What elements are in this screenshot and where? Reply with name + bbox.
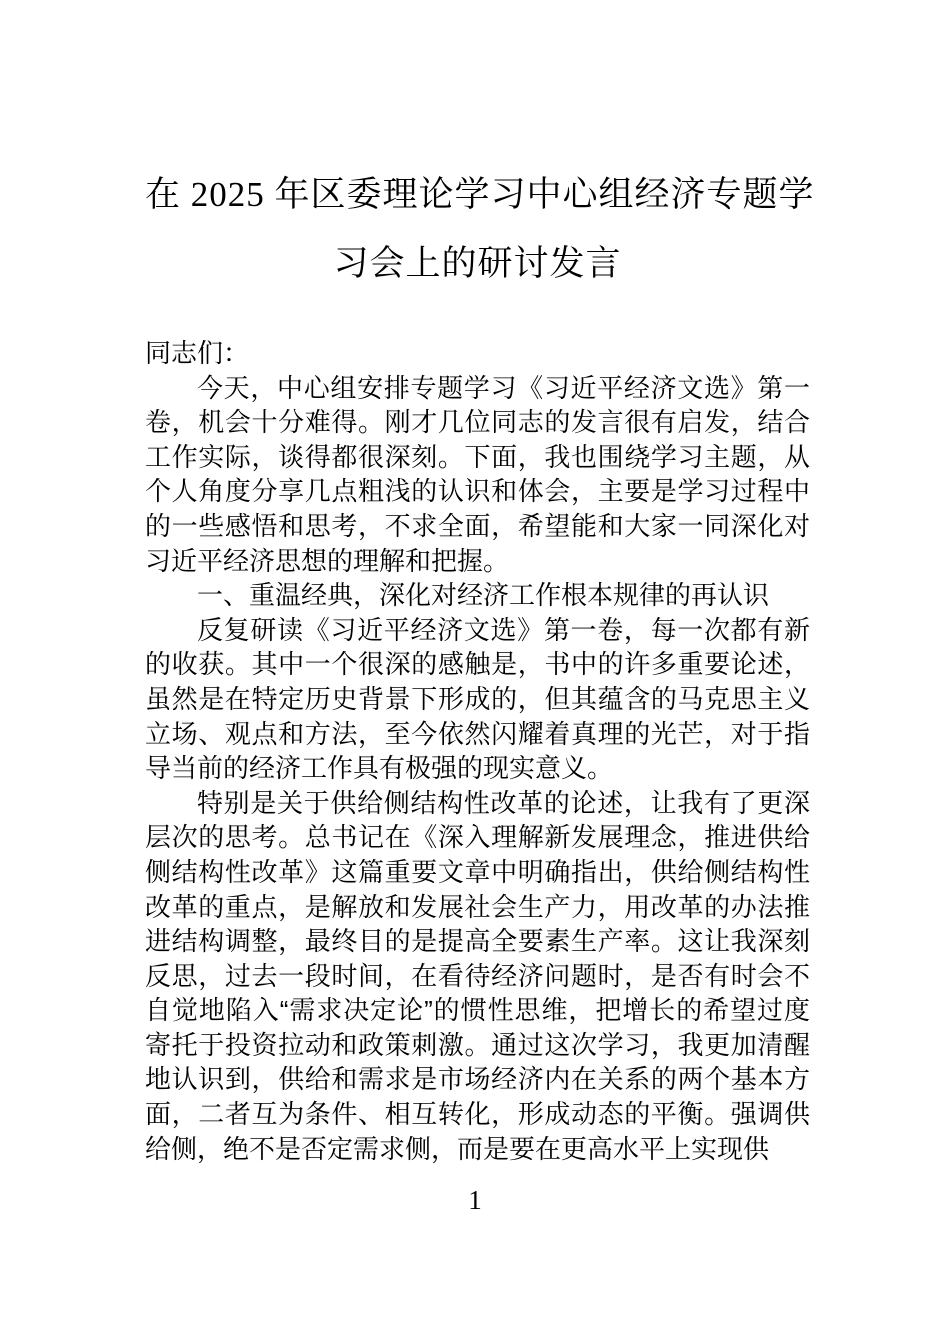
document-page: 在 2025 年区委理论学习中心组经济专题学 习会上的研讨发言 同志们： 今天，… [0, 0, 950, 1344]
document-body: 同志们： 今天，中心组安排专题学习《习近平经济文选》第一卷，机会十分难得。刚才几… [145, 336, 810, 1166]
page-number: 1 [0, 1183, 950, 1217]
paragraph-section1-b: 特别是关于供给侧结构性改革的论述，让我有了更深层次的思考。总书记在《深入理解新发… [145, 786, 810, 1167]
document-title: 在 2025 年区委理论学习中心组经济专题学 习会上的研讨发言 [145, 160, 810, 298]
paragraph-intro: 今天，中心组安排专题学习《习近平经济文选》第一卷，机会十分难得。刚才几位同志的发… [145, 371, 810, 579]
salutation: 同志们： [145, 336, 810, 371]
title-line-2: 习会上的研讨发言 [145, 229, 810, 298]
title-line-1: 在 2025 年区委理论学习中心组经济专题学 [145, 160, 810, 229]
document-content: 在 2025 年区委理论学习中心组经济专题学 习会上的研讨发言 同志们： 今天，… [0, 160, 950, 1166]
section-heading-1: 一、重温经典，深化对经济工作根本规律的再认识 [145, 578, 810, 613]
paragraph-section1-a: 反复研读《习近平经济文选》第一卷，每一次都有新的收获。其中一个很深的感触是，书中… [145, 613, 810, 786]
